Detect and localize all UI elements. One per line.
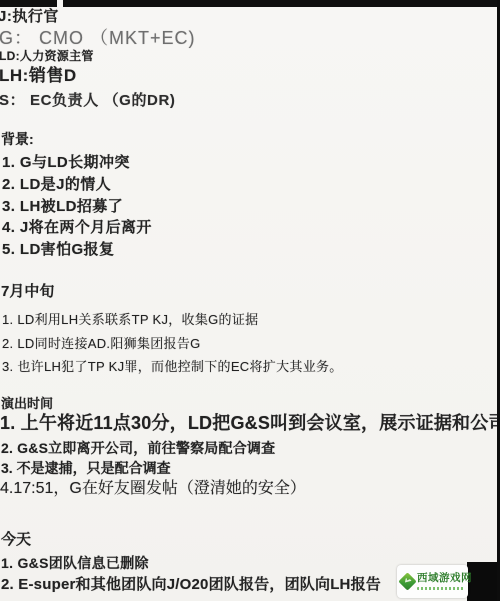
- today-item-1: 1. G&S团队信息已删除: [1, 555, 149, 572]
- mid-july-item-3: 3. 也许LH犯了TP KJ罪，而他控制下的EC将扩大其业务。: [2, 359, 343, 375]
- top-black-bar: [0, 0, 500, 7]
- watermark-text-group: 西域游戏网: [417, 573, 466, 590]
- section-heading-showtime: 演出时间: [1, 396, 53, 412]
- background-item-4: 4. J将在两个月后离开: [2, 219, 152, 237]
- roster-line-ld: LD:人力资源主管: [0, 49, 94, 63]
- section-heading-today: 今天: [1, 531, 31, 549]
- mid-july-item-1: 1. LD利用LH关系联系TP KJ，收集G的证据: [2, 312, 258, 328]
- roster-line-j: J:执行官: [0, 8, 59, 26]
- showtime-item-2: 2. G&S立即离开公司，前往警察局配合调查: [1, 440, 275, 457]
- showtime-item-3: 3. 不是逮捕，只是配合调查: [1, 460, 171, 477]
- mid-july-item-2: 2. LD同时连接AD.阳狮集团报告G: [2, 336, 201, 352]
- roster-line-g: G： CMO （MKT+EC): [0, 28, 196, 50]
- section-heading-background: 背景:: [1, 131, 34, 148]
- showtime-item-4: 4.17:51，G在好友圈发帖（澄清她的安全）: [0, 479, 306, 498]
- background-item-2: 2. LD是J的情人: [2, 176, 111, 194]
- watermark-tagline-blur: [417, 587, 465, 590]
- photo-of-notes: J:执行官 G： CMO （MKT+EC) LD:人力资源主管 LH:销售D S…: [0, 0, 500, 601]
- watermark-badge: 西域游戏网: [397, 565, 468, 598]
- watermark-site-name: 西域游戏网: [417, 573, 466, 585]
- top-bar-notch: [57, 0, 63, 7]
- today-item-2: 2. E-super和其他团队向J/O20团队报告，团队向LH报告: [1, 576, 381, 594]
- background-item-1: 1. G与LD长期冲突: [2, 154, 130, 172]
- background-item-5: 5. LD害怕G报复: [2, 241, 114, 259]
- showtime-item-1: 1. 上午将近11点30分，LD把G&S叫到会议室，展示证据和公司: [0, 413, 500, 435]
- roster-line-s: S： EC负责人 （G的DR): [0, 92, 176, 110]
- watermark-gem-icon: [398, 572, 416, 590]
- roster-line-lh: LH:销售D: [0, 66, 77, 86]
- section-heading-mid-july: 7月中旬: [1, 283, 54, 301]
- background-item-3: 3. LH被LD招募了: [2, 198, 123, 216]
